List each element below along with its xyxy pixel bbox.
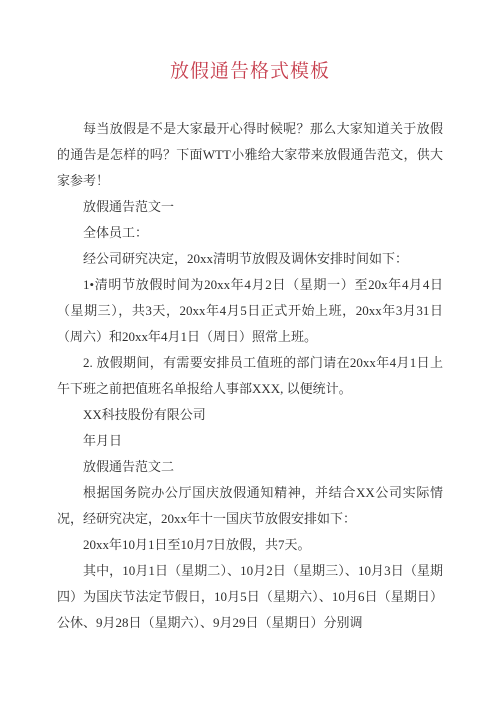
paragraph-national-day-decision: 根据国务院办公厅国庆放假通知精神，并结合XX公司实际情况，经研究决定，20xx年… [57, 480, 443, 532]
heading-sample-two: 放假通告范文二 [57, 454, 443, 480]
document-body: 每当放假是不是大家最开心得时候呢？那么大家知道关于放假的通告是怎样的吗？下面WT… [0, 116, 500, 636]
document-page: 放假通告格式模板 每当放假是不是大家最开心得时候呢？那么大家知道关于放假的通告是… [0, 0, 500, 707]
company-signature: XX科技股份有限公司 [57, 402, 443, 428]
salutation-all-staff: 全体员工： [57, 220, 443, 246]
date-line: 年月日 [57, 428, 443, 454]
paragraph-intro: 每当放假是不是大家最开心得时候呢？那么大家知道关于放假的通告是怎样的吗？下面WT… [57, 116, 443, 194]
document-title: 放假通告格式模板 [0, 0, 500, 85]
paragraph-national-day-dates: 20xx年10月1日至10月7日放假，共7天。 [57, 532, 443, 558]
paragraph-duty-arrangement: 2. 放假期间，有需要安排员工值班的部门请在20xx年4月1日上午下班之前把值班… [57, 350, 443, 402]
paragraph-qingming-decision: 经公司研究决定，20xx清明节放假及调休安排时间如下： [57, 246, 443, 272]
paragraph-qingming-schedule: 1•清明节放假时间为20xx年4月2日（星期一）至20x年4月4日（星期三），共… [57, 272, 443, 350]
paragraph-national-day-details: 其中，10月1日（星期二）、10月2日（星期三）、10月3日（星期四）为国庆节法… [57, 558, 443, 636]
heading-sample-one: 放假通告范文一 [57, 194, 443, 220]
